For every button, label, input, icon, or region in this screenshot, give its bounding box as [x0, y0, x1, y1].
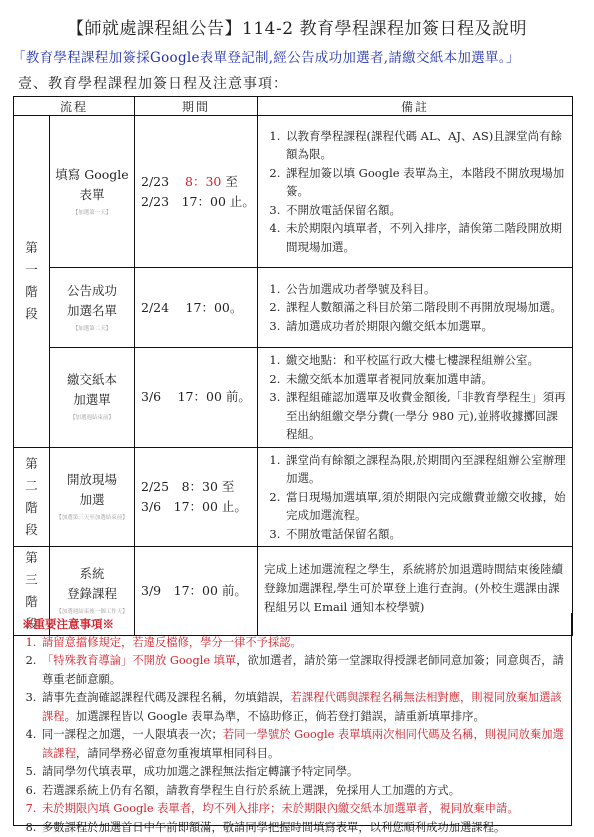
period-cell: 2/24 17：00。	[135, 268, 258, 348]
table-row: 第 一 階 段 填寫 Google 表單 【加選第一天】 2/23 8：30 至…	[14, 116, 573, 268]
step-label: 繳交紙本	[50, 370, 134, 390]
step-label: 加選單	[50, 390, 134, 410]
period-cell: 3/6 17：00 前。	[135, 348, 258, 448]
period-line: 3/9 17：00 前。	[141, 581, 257, 601]
step-sublabel: 【加選第三天至加選結束前】	[50, 512, 134, 524]
table-row: 第 二 階 段 開放現場 加選 【加選第三天至加選結束前】 2/25 8：30 …	[14, 447, 573, 547]
stage-char: 階	[14, 591, 49, 613]
stage-1-label: 第 一 階 段	[14, 116, 50, 448]
remark-item: 公告加選成功者學號及科目。	[284, 280, 568, 299]
remarks-cell: 公告加選成功者學號及科目。 課程人數額滿之科目於第二階段則不再開放現場加選。 請…	[258, 268, 573, 348]
step-sublabel: 【加選第二天】	[50, 323, 134, 335]
table-row: 公告成功 加選名單 【加選第二天】 2/24 17：00。 公告加選成功者學號及…	[14, 268, 573, 348]
table-row: 繳交紙本 加選單 【加選週結束前】 3/6 17：00 前。 繳交地點：和平校區…	[14, 348, 573, 448]
important-text: 。加選課程皆以 Google 表單為準，不協助修正，倘若登打錯誤，請重新填單排序…	[65, 710, 485, 723]
period-time-highlight: 8：30	[185, 174, 221, 189]
stage-char: 第	[14, 453, 49, 475]
stage-char: 第	[14, 547, 49, 569]
remark-item: 未繳交紙本加選單者視同放棄加選申請。	[284, 370, 568, 389]
stage-char: 一	[14, 259, 49, 281]
step-label: 加選名單	[50, 301, 134, 321]
remark-item: 課程加簽以填 Google 表單為主，本階段不開放現場加簽。	[284, 164, 568, 201]
important-red-text: 「特殊教育導論」不開放 Google 填單	[42, 654, 236, 667]
period-cell: 2/23 8：30 至 2/23 17：00 止。	[135, 116, 258, 268]
remarks-cell: 以教育學程課程(課程代碼 AL、AJ、AS)且課堂尚有餘額為限。 課程加簽以填 …	[258, 116, 573, 268]
stage-char: 段	[14, 519, 49, 541]
section-heading: 壹、教育學程課程加簽日程及注意事項：	[18, 73, 288, 93]
period-line: 3/6 17：00 前。	[141, 387, 257, 407]
page-title: 【師就處課程組公告】114-2 教育學程課程加簽日程及說明	[0, 14, 594, 39]
important-item: 請留意擋修規定，若違反檔修，學分一律不予採認。	[40, 634, 571, 653]
remark-item: 繳交地點：和平校區行政大樓七樓課程組辦公室。	[284, 351, 568, 370]
period-line: 3/6 17：00 止。	[141, 497, 257, 517]
stage-char: 階	[14, 497, 49, 519]
step-label: 公告成功	[50, 281, 134, 301]
stage-char: 第	[14, 237, 49, 259]
important-text: 請同學勿代填表單，成功加選之課程無法指定轉讓予特定同學。	[42, 765, 358, 778]
important-text: 若選課系統上仍有名額，請教育學程生自行於系統上選課，免採用人工加選的方式。	[42, 784, 460, 797]
step-submit-paper-form: 繳交紙本 加選單 【加選週結束前】	[50, 348, 135, 448]
header-process: 流程	[14, 97, 135, 116]
remark-item: 不開放電話保留名額。	[284, 525, 568, 544]
schedule-table: 流程 期間 備註 第 一 階 段 填寫 Google 表單 【加選第一天】 2/…	[13, 96, 573, 636]
step-announce-list: 公告成功 加選名單 【加選第二天】	[50, 268, 135, 348]
stage-char: 三	[14, 569, 49, 591]
remark-item: 不開放電話保留名額。	[284, 201, 568, 220]
important-item: 請同學勿代填表單，成功加選之課程無法指定轉讓予特定同學。	[40, 763, 571, 782]
remark-item: 未於期限內填單者，不列入排序，請俟第二階段開放期間現場加選。	[284, 219, 568, 256]
remark-item: 課堂尚有餘額之課程為限,於期間內至課程組辦公室辦理加選。	[284, 451, 568, 488]
period-line: 2/23 17：00 止。	[141, 192, 257, 212]
remark-item: 當日現場加選填單,須於期限內完成繳費並繳交收據，始完成加選流程。	[284, 488, 568, 525]
important-text: 多數課程於加選首日中午前即額滿，敬請同學把握時間填寫表單，以利您順利成功加選課程…	[42, 821, 505, 834]
remark-item: 課程組確認加選單及收費金額後,「非教育學程生」須再至出納組繳交學分費(一學分 9…	[284, 388, 568, 444]
stage-2-label: 第 二 階 段	[14, 447, 50, 547]
remarks-cell: 課堂尚有餘額之課程為限,於期間內至課程組辦公室辦理加選。 當日現場加選填單,須於…	[258, 447, 573, 547]
period-suffix: 至	[225, 174, 238, 189]
remark-item: 以教育學程課程(課程代碼 AL、AJ、AS)且課堂尚有餘額為限。	[284, 127, 568, 164]
important-item: 請事先查詢確認課程代碼及課程名稱，勿填錯誤，若課程代碼與課程名稱無法相對應，則視…	[40, 689, 571, 726]
important-red-text: 未於期限內填 Google 表單者，均不列入排序；未於期限內繳交紙本加選單者，視…	[42, 802, 519, 815]
important-item: 「特殊教育導論」不開放 Google 填單，欲加選者，請於第一堂課取得授課老師同…	[40, 652, 571, 689]
remarks-cell: 繳交地點：和平校區行政大樓七樓課程組辦公室。 未繳交紙本加選單者視同放棄加選申請…	[258, 348, 573, 448]
period-line: 2/25 8：30 至	[141, 477, 257, 497]
important-item: 未於期限內填 Google 表單者，均不列入排序；未於期限內繳交紙本加選單者，視…	[40, 800, 571, 819]
important-item: 若選課系統上仍有名額，請教育學程生自行於系統上選課，免採用人工加選的方式。	[40, 782, 571, 801]
important-red-text: 請留意擋修規定，若違反檔修，學分一律不予採認。	[42, 636, 302, 649]
important-text: ，請同學務必留意勿重複填單相同科目。	[76, 747, 279, 760]
period-line: 2/23 8：30 至	[141, 172, 257, 192]
remark-item: 請加選成功者於期限內繳交紙本加選單。	[284, 317, 568, 336]
step-label: 系統	[50, 564, 134, 584]
header-period: 期間	[135, 97, 258, 116]
subtitle-notice: 「教育學程課程加簽採Google表單登記制,經公告成功加選者,請繳交紙本加選單。…	[12, 46, 592, 66]
stage-char: 段	[14, 303, 49, 325]
step-label: 開放現場	[50, 470, 134, 490]
step-sublabel: 【加選週結束前】	[50, 412, 134, 424]
important-item: 多數課程於加選首日中午前即額滿，敬請同學把握時間填寫表單，以利您順利成功加選課程…	[40, 819, 571, 837]
important-text: 同一課程之加選，一人限填表一次；	[42, 728, 223, 741]
step-label: 表單	[50, 185, 134, 205]
stage-char: 階	[14, 281, 49, 303]
step-label: 登錄課程	[50, 584, 134, 604]
header-remarks: 備註	[258, 97, 573, 116]
remark-item: 課程人數額滿之科目於第二階段則不再開放現場加選。	[284, 298, 568, 317]
important-notes-box: ※重要注意事項※ 請留意擋修規定，若違反檔修，學分一律不予採認。 「特殊教育導論…	[13, 613, 572, 826]
table-header-row: 流程 期間 備註	[14, 97, 573, 116]
step-fill-google-form: 填寫 Google 表單 【加選第一天】	[50, 116, 135, 268]
important-item: 同一課程之加選，一人限填表一次；若同一學號於 Google 表單填兩次相同代碼及…	[40, 726, 571, 763]
step-label: 加選	[50, 490, 134, 510]
step-label: 填寫 Google	[50, 165, 134, 185]
step-onsite-add: 開放現場 加選 【加選第三天至加選結束前】	[50, 447, 135, 547]
period-date: 2/23	[141, 174, 169, 189]
stage-char: 二	[14, 475, 49, 497]
period-cell: 2/25 8：30 至 3/6 17：00 止。	[135, 447, 258, 547]
period-line: 2/24 17：00。	[141, 298, 257, 318]
important-text: 請事先查詢確認課程代碼及課程名稱，勿填錯誤，	[42, 691, 291, 704]
step-sublabel: 【加選第一天】	[50, 207, 134, 219]
important-notes-title: ※重要注意事項※	[22, 615, 571, 634]
